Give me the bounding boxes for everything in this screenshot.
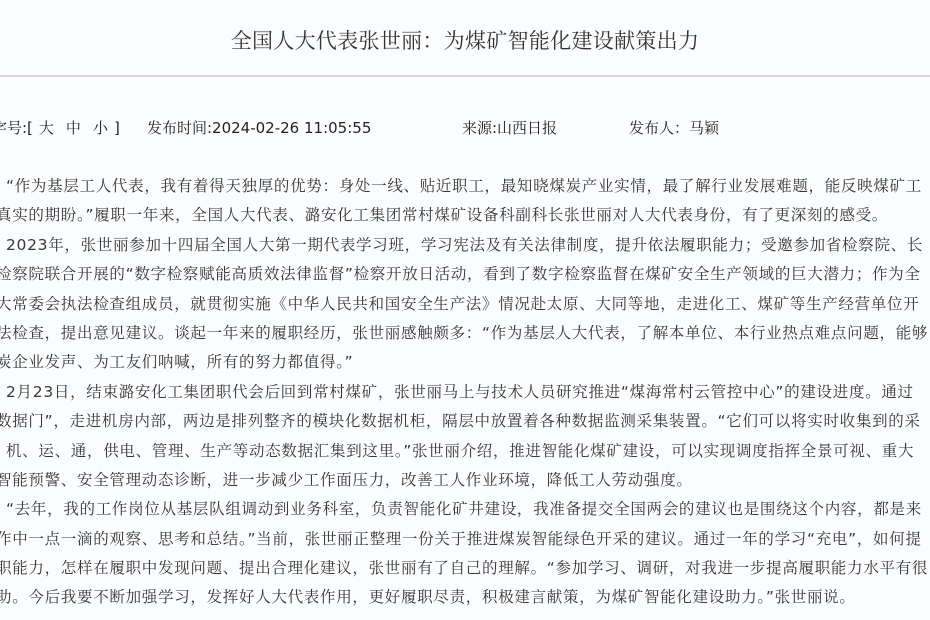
font-size-selector: 字号:[大中小] <box>0 116 120 140</box>
article-meta: 字号:[大中小] 发布时间:2024-02-26 11:05:55 来源:山西日… <box>0 116 930 140</box>
article-publisher: 发布人：马颖 <box>629 116 719 140</box>
body-line: “作为基层工人代表，我有着得天独厚的优势：身处一线、贴近职工，最知晓煤炭产业实情… <box>0 172 930 201</box>
title-divider <box>0 75 930 77</box>
body-line: 真实的期盼。”履职一年来，全国人大代表、潞安化工集团常村煤矿设备科副科长张世丽对… <box>0 201 930 230</box>
article-page: 全国人大代表张世丽：为煤矿智能化建设献策出力 字号:[大中小] 发布时间:202… <box>0 0 930 620</box>
font-size-medium-button[interactable]: 中 <box>66 116 81 140</box>
body-line: 法检查，提出意见建议。谈起一年来的履职经历，张世丽感触颇多：“作为基层人大代表，… <box>0 319 930 348</box>
article-source: 来源:山西日报 <box>462 116 557 140</box>
body-line: “去年，我的工作岗位从基层队组调动到业务科室，负责智能化矿井建设，我准备提交全国… <box>0 495 930 524</box>
body-line: 职能力，怎样在履职中发现问题、提出合理化建议，张世丽有了自己的理解。“参加学习、… <box>0 554 930 583</box>
body-line: 大常委会执法检查组成员，就贯彻实施《中华人民共和国安全生产法》情况赴太原、大同等… <box>0 290 930 319</box>
body-line: 2023年，张世丽参加十四届全国人大第一期代表学习班，学习宪法及有关法律制度，提… <box>0 231 930 260</box>
article-title: 全国人大代表张世丽：为煤矿智能化建设献策出力 <box>0 26 930 56</box>
body-line: 作中一点一滴的观察、思考和总结。”当前，张世丽正整理一份关于推进煤炭智能绿色开采… <box>0 525 930 554</box>
body-line: 智能预警、安全管理动态诊断，进一步减少工作面压力，改善工人作业环境，降低工人劳动… <box>0 466 930 495</box>
body-line: 炭企业发声、为工友们呐喊，所有的努力都值得。” <box>0 348 930 377</box>
article-body: “作为基层工人代表，我有着得天独厚的优势：身处一线、贴近职工，最知晓煤炭产业实情… <box>0 172 930 613</box>
font-size-large-button[interactable]: 大 <box>39 116 54 140</box>
font-size-label: 字号:[ <box>0 119 33 137</box>
body-line: 2月23日，结束潞安化工集团职代会后回到常村煤矿，张世丽马上与技术人员研究推进“… <box>0 378 930 407</box>
body-line: 机、运、通，供电、管理、生产等动态数据汇集到这里。”张世丽介绍，推进智能化煤矿建… <box>0 437 930 466</box>
body-line: 数据门”，走进机房内部，两边是排列整齐的模块化数据机柜，隔层中放置着各种数据监测… <box>0 407 930 436</box>
font-size-small-button[interactable]: 小 <box>93 116 108 140</box>
body-line: 检察院联合开展的“数字检察赋能高质效法律监督”检察开放日活动，看到了数字检察监督… <box>0 260 930 289</box>
publish-time: 发布时间:2024-02-26 11:05:55 <box>147 116 371 140</box>
font-size-close-bracket: ] <box>114 119 120 137</box>
body-line: 助。今后我要不断加强学习，发挥好人大代表作用，更好履职尽责，积极建言献策，为煤矿… <box>0 583 930 612</box>
